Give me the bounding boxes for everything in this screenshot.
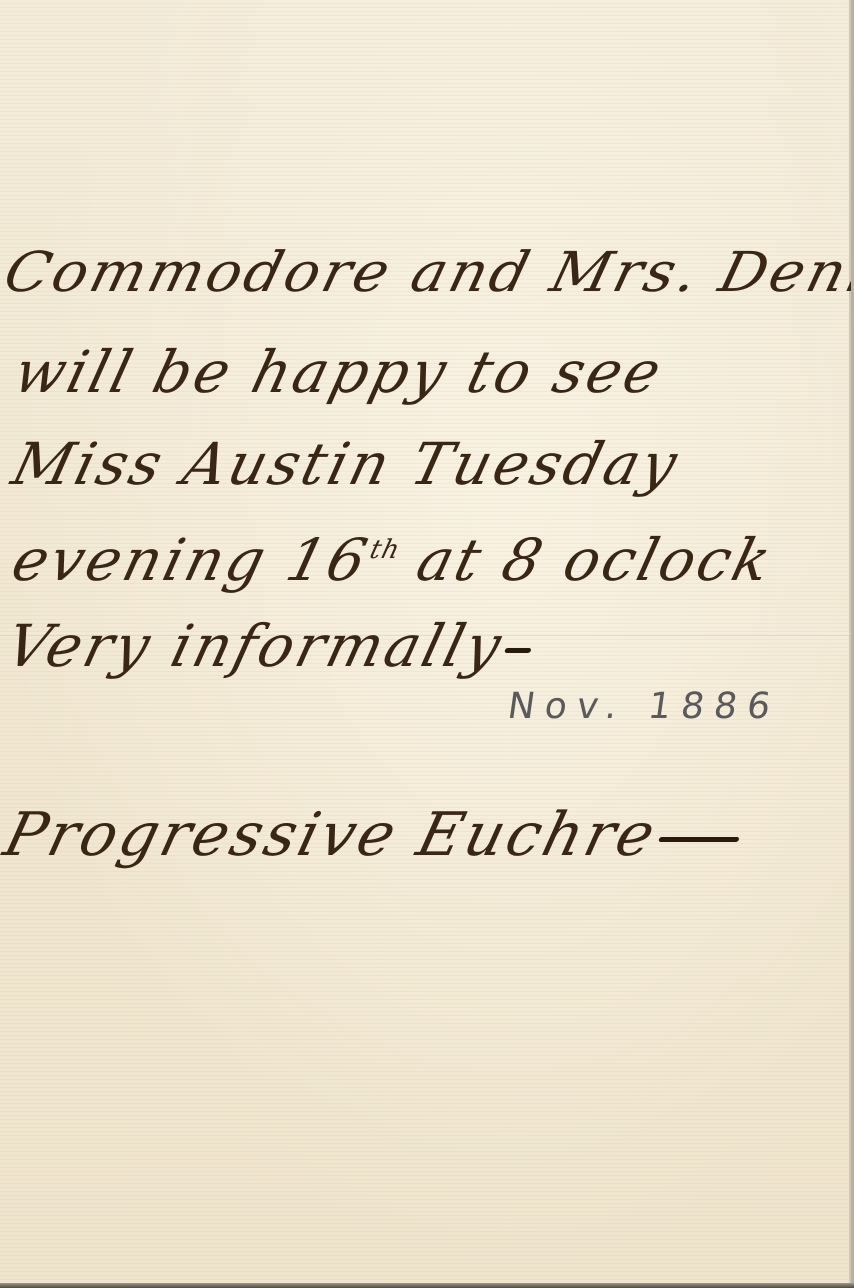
line-text: will be happy to see — [8, 338, 671, 406]
paper-bottom-edge — [0, 1283, 854, 1288]
handwritten-line-2: will be happy to see — [8, 338, 671, 406]
handwritten-line-4: evening 16th at 8 oclock — [6, 526, 781, 594]
line-text: Commodore and Mrs. Denham — [0, 240, 854, 305]
pencil-date-annotation: Nov. 1886 — [505, 686, 783, 727]
flourish-dash — [504, 648, 531, 653]
annotation-text: Nov. 1886 — [505, 686, 783, 727]
line-text-rest: at 8 oclock — [389, 526, 781, 594]
line-text: Miss Austin Tuesday — [6, 430, 687, 498]
letter-paper: Commodore and Mrs. Denham will be happy … — [0, 0, 851, 1283]
handwritten-line-1: Commodore and Mrs. Denham — [0, 240, 854, 305]
handwritten-line-6: Progressive Euchre — [0, 800, 749, 870]
line-text: Progressive Euchre — [0, 800, 665, 870]
line-text: evening 16 — [6, 526, 377, 594]
flourish-dash — [658, 837, 739, 842]
handwritten-line-5: Very informally — [0, 612, 541, 680]
line-text: Very informally — [0, 612, 511, 680]
handwritten-line-3: Miss Austin Tuesday — [6, 430, 687, 498]
